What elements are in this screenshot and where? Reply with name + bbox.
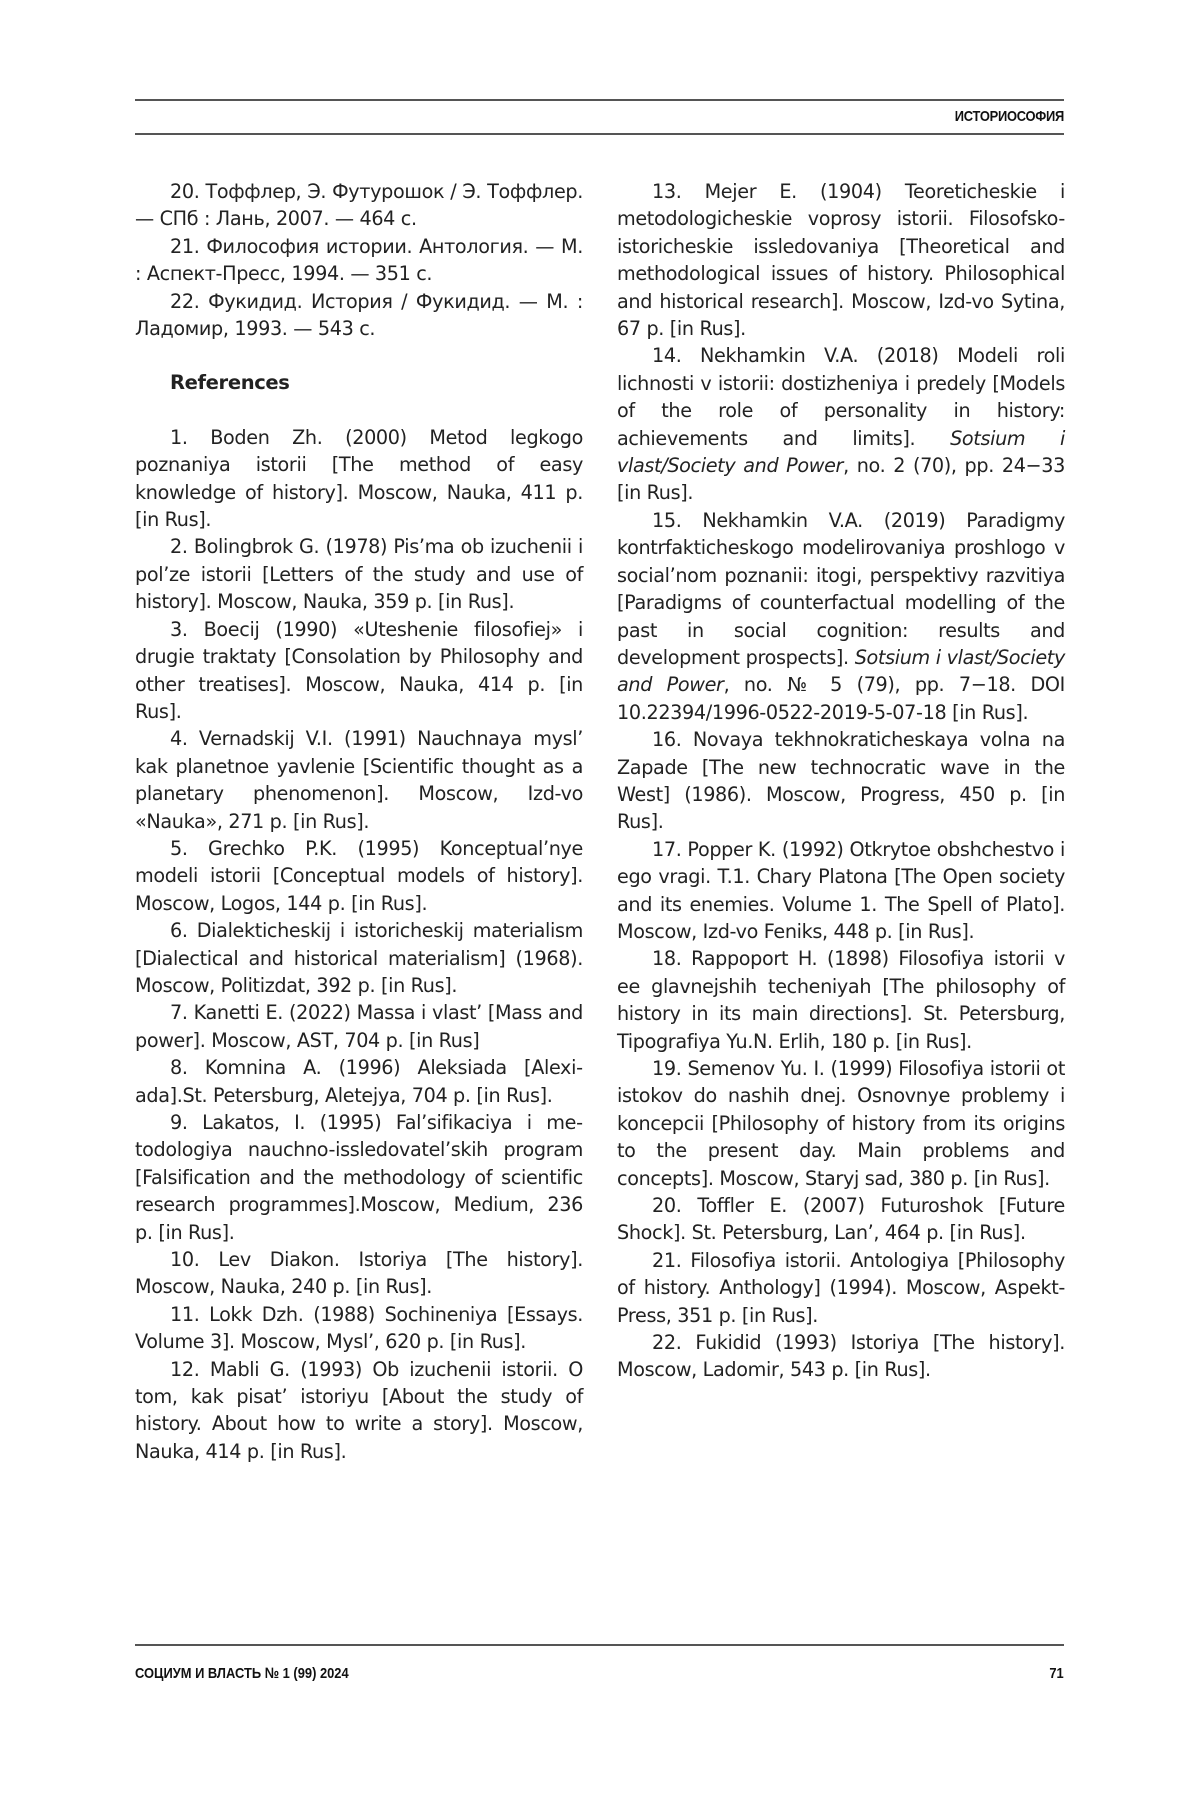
- reference-13: 13. Mejer E. (1904) Teoreticheskie i met…: [617, 178, 1065, 342]
- reference-10: 10. Lev Diakon. Istoriya [The history]. …: [135, 1246, 583, 1301]
- header-rule-top: [135, 99, 1064, 101]
- reference-17: 17. Popper K. (1992) Otkrytoe obsh­chest…: [617, 836, 1065, 946]
- reference-9: 9. Lakatos, I. (1995) Fal’sifikaciya i m…: [135, 1109, 583, 1246]
- reference-21: 21. Filosofiya istorii. Antologiya [Phil…: [617, 1247, 1065, 1329]
- footer-rule: [135, 1644, 1064, 1646]
- russian-reference-21: 21. Философия истории. Антоло­гия. — М. …: [135, 233, 583, 288]
- reference-2: 2. Bolingbrok G. (1978) Pis’ma ob izuche…: [135, 533, 583, 615]
- reference-6: 6. Dialekticheskij i istoricheskij mate­…: [135, 917, 583, 999]
- footer-page-number: 71: [1050, 1665, 1064, 1682]
- footer-journal-title: СОЦИУМ И ВЛАСТЬ № 1 (99) 2024: [135, 1665, 349, 1682]
- reference-15-main: 15. Nekhamkin V.A. (2019) Paradigmy kont…: [617, 509, 1065, 669]
- reference-20: 20. Toffler E. (2007) Futuroshok [Fu­tur…: [617, 1192, 1065, 1247]
- reference-7: 7. Kanetti E. (2022) Massa i vlast’ [Mas…: [135, 999, 583, 1054]
- right-column: 13. Mejer E. (1904) Teoreticheskie i met…: [617, 178, 1065, 1384]
- running-head-section-title: ИСТОРИОСОФИЯ: [955, 108, 1064, 125]
- reference-22: 22. Fukidid (1993) Istoriya [The his­tor…: [617, 1329, 1065, 1384]
- reference-4: 4. Vernadskij V.I. (1991) Nauchnaya mysl…: [135, 725, 583, 835]
- reference-12: 12. Mabli G. (1993) Ob izuchenii istorii…: [135, 1356, 583, 1466]
- reference-18: 18. Rappoport H. (1898) Filosofiya is­to…: [617, 945, 1065, 1055]
- reference-14: 14. Nekhamkin V.A. (2018) Modeli roli li…: [617, 342, 1065, 506]
- reference-19: 19. Semenov Yu. I. (1999) Filosofiya is­…: [617, 1055, 1065, 1192]
- header-rule-bottom: [135, 133, 1064, 135]
- reference-1: 1. Boden Zh. (2000) Metod legkogo poznan…: [135, 424, 583, 534]
- reference-15: 15. Nekhamkin V.A. (2019) Paradigmy kont…: [617, 507, 1065, 726]
- references-heading: References: [135, 369, 583, 396]
- reference-3: 3. Boecij (1990) «Uteshenie filosofiej» …: [135, 616, 583, 726]
- russian-reference-20: 20. Тоффлер, Э. Футурошок / Э. Тоф­флер.…: [135, 178, 583, 233]
- russian-reference-22: 22. Фукидид. История / Фукидид. — М. : Л…: [135, 288, 583, 343]
- left-column: 20. Тоффлер, Э. Футурошок / Э. Тоф­флер.…: [135, 178, 583, 1465]
- reference-11: 11. Lokk Dzh. (1988) Sochineniya [Es­say…: [135, 1301, 583, 1356]
- reference-8: 8. Komnina A. (1996) Aleksiada [Alexi­ad…: [135, 1054, 583, 1109]
- reference-5: 5. Grechko P.K. (1995) Konceptual’nye mo…: [135, 835, 583, 917]
- reference-16: 16. Novaya tekhnokraticheskaya volna na …: [617, 726, 1065, 836]
